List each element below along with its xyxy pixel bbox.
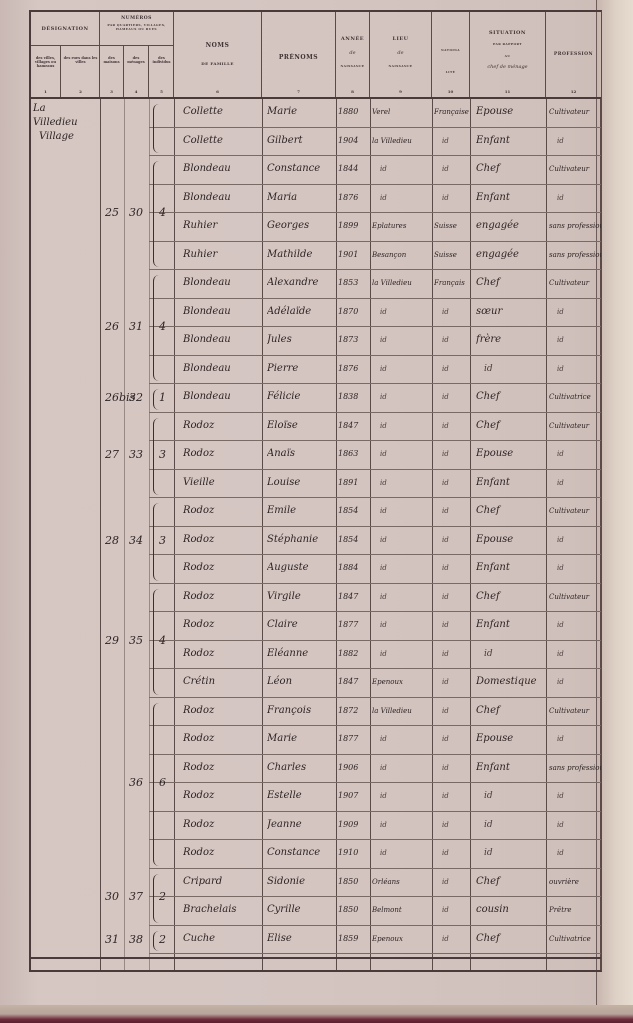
cell-prenom: Eloïse — [267, 416, 335, 436]
header-annee-de: de — [336, 50, 369, 56]
cell-situation: Chef — [476, 587, 546, 607]
cell-nom: Rodoz — [183, 815, 261, 835]
cell-profession: id — [549, 644, 609, 664]
cell-prenom: Charles — [267, 758, 335, 778]
group-menage-number: 37 — [129, 890, 143, 903]
cell-prenom: Mathilde — [267, 245, 335, 265]
row-rule — [149, 212, 601, 213]
cell-prenom: Jeanne — [267, 815, 335, 835]
table-row: CrétinLéon1847EpenouxidDomestiqueid — [31, 670, 601, 694]
header-rues-label: des rues dans les villes — [64, 56, 98, 64]
cell-prenom: Emile — [267, 501, 335, 521]
cell-lieu: Besançon — [372, 245, 432, 265]
cell-profession: id — [549, 473, 609, 493]
row-rule — [149, 412, 601, 413]
col-number: 5 — [149, 89, 174, 94]
row-rule — [149, 326, 601, 327]
cell-nationalite: id — [434, 815, 478, 835]
col-number: 6 — [174, 89, 261, 94]
cell-nom: Rodoz — [183, 530, 261, 550]
cell-profession: id — [549, 729, 609, 749]
header-menages-label: des ménages — [127, 56, 144, 64]
cell-prenom: Virgile — [267, 587, 335, 607]
cell-nationalite: Suisse — [434, 216, 470, 236]
group-menage-number: 38 — [129, 933, 143, 946]
group-menage-number: 36 — [129, 776, 143, 789]
table-row: RodozVirgile1847ididChefCultivateur — [31, 585, 601, 609]
cell-situation: Epouse — [476, 102, 546, 122]
cell-profession: sans profession — [549, 245, 601, 265]
cell-prenom: Claire — [267, 615, 335, 635]
cell-annee: 1838 — [338, 387, 370, 407]
group-individus-number: 4 — [159, 320, 166, 333]
col-number: 8 — [336, 89, 369, 94]
cell-nom: Brachelais — [183, 900, 261, 920]
cell-situation: Epouse — [476, 444, 546, 464]
table-row: RodozJeanne1909idididid — [31, 813, 601, 837]
cell-annee: 1854 — [338, 501, 370, 521]
header-menages: des ménages 4 — [124, 46, 149, 97]
cell-annee: 1884 — [338, 558, 370, 578]
table-row: RuhierMathilde1901BesançonSuisseengagées… — [31, 243, 601, 267]
cell-situation: Enfant — [476, 131, 546, 151]
cell-nom: Rodoz — [183, 843, 261, 863]
header-lieu-title: LIEU — [370, 36, 431, 42]
cell-annee: 1891 — [338, 473, 370, 493]
cell-situation: Enfant — [476, 473, 546, 493]
cell-nationalite: id — [434, 188, 478, 208]
group-menage-number: 33 — [129, 448, 143, 461]
cell-situation: sœur — [476, 302, 546, 322]
header-nationalite: NATIONA LITÉ 10 — [432, 12, 470, 97]
cell-prenom: Alexandre — [267, 273, 335, 293]
header-lieu-de: de — [370, 50, 431, 56]
cell-nom: Rodoz — [183, 558, 261, 578]
cell-annee: 1901 — [338, 245, 370, 265]
cell-prenom: Constance — [267, 159, 335, 179]
header-annee-title: ANNÉE — [336, 36, 369, 42]
cell-annee: 1847 — [338, 672, 370, 692]
cell-situation: cousin — [476, 900, 546, 920]
cell-annee: 1863 — [338, 444, 370, 464]
cell-profession: Cultivatrice — [549, 929, 601, 949]
header-situation-chef: chef de ménage — [470, 64, 545, 70]
cell-prenom: Léon — [267, 672, 335, 692]
cell-prenom: Gilbert — [267, 131, 335, 151]
cell-profession: Cultivateur — [549, 701, 601, 721]
row-rule — [149, 754, 601, 755]
group-individus-number: 6 — [159, 776, 166, 789]
cell-situation: id — [476, 843, 554, 863]
group-individus-number: 4 — [159, 634, 166, 647]
cell-prenom: Jules — [267, 330, 335, 350]
cell-lieu: la Villedieu — [372, 273, 432, 293]
cell-annee: 1873 — [338, 330, 370, 350]
cell-lieu: id — [372, 501, 440, 521]
row-rule — [149, 839, 601, 840]
header-annee-sub: NAISSANCE — [336, 64, 369, 68]
header-designation: DÉSIGNATION des villes, villages ou hame… — [31, 12, 100, 97]
row-rule — [149, 298, 601, 299]
row-rule — [149, 668, 601, 669]
col-number: 7 — [262, 89, 335, 94]
cell-nationalite: id — [434, 587, 478, 607]
cell-profession: sans profession — [549, 216, 601, 236]
cell-lieu: id — [372, 587, 440, 607]
group-menage-number: 35 — [129, 634, 143, 647]
group-individus-number: 3 — [159, 448, 166, 461]
header-lieu: LIEU de NAISSANCE 9 — [370, 12, 432, 97]
table-row: RodozEstelle1907idididid — [31, 784, 601, 808]
cell-nationalite: id — [434, 929, 478, 949]
cell-nom: Rodoz — [183, 444, 261, 464]
group-maison-number: 28 — [105, 534, 119, 547]
cell-nom: Blondeau — [183, 159, 261, 179]
cell-annee: 1907 — [338, 786, 370, 806]
cell-profession: id — [549, 672, 609, 692]
header-situation-title: SITUATION — [470, 30, 545, 36]
cell-prenom: Georges — [267, 216, 335, 236]
cell-lieu: id — [372, 558, 440, 578]
cell-nationalite: id — [434, 843, 478, 863]
cell-nom: Rodoz — [183, 416, 261, 436]
group-menage-number: 30 — [129, 206, 143, 219]
header-noms-title: NOMS — [174, 42, 261, 49]
cell-prenom: Marie — [267, 102, 335, 122]
cell-nom: Ruhier — [183, 216, 261, 236]
cell-nationalite: id — [434, 672, 478, 692]
table-row: BlondeauAlexandre1853la VilledieuFrançai… — [31, 271, 601, 295]
group-maison-number: 29 — [105, 634, 119, 647]
cell-nationalite: Suisse — [434, 245, 470, 265]
row-rule — [149, 697, 601, 698]
row-rule — [149, 953, 601, 954]
row-rule — [149, 383, 601, 384]
cell-lieu: id — [372, 416, 440, 436]
cell-lieu: Verel — [372, 102, 432, 122]
cell-prenom: Eléanne — [267, 644, 335, 664]
cell-lieu: id — [372, 444, 440, 464]
cell-nom: Rodoz — [183, 729, 261, 749]
cell-situation: Enfant — [476, 558, 546, 578]
cell-nationalite: id — [434, 644, 478, 664]
cell-nationalite: id — [434, 387, 478, 407]
cell-profession: id — [549, 444, 609, 464]
cell-nom: Collette — [183, 131, 261, 151]
cell-nationalite: id — [434, 758, 478, 778]
table-row: ColletteMarie1880VerelFrançaiseEpouseCul… — [31, 100, 601, 124]
cell-nationalite: id — [434, 701, 478, 721]
row-rule — [149, 269, 601, 270]
cell-prenom: Cyrille — [267, 900, 335, 920]
table-row: RodozEmile1854ididChefCultivateur — [31, 499, 601, 523]
col-number: 9 — [370, 89, 431, 94]
cell-profession: Cultivatrice — [549, 387, 601, 407]
row-rule — [149, 725, 601, 726]
cell-lieu: Epenoux — [372, 929, 432, 949]
header-prenoms: PRÉNOMS 7 — [262, 12, 336, 97]
cell-lieu: id — [372, 843, 440, 863]
cell-profession: id — [549, 188, 609, 208]
cell-lieu: la Villedieu — [372, 701, 432, 721]
cell-nom: Blondeau — [183, 330, 261, 350]
register-page: DÉSIGNATION des villes, villages ou hame… — [0, 0, 633, 1023]
cell-lieu: id — [372, 302, 440, 322]
cell-nom: Rodoz — [183, 587, 261, 607]
cell-profession: Cultivateur — [549, 501, 601, 521]
cell-lieu: id — [372, 786, 440, 806]
cell-prenom: Marie — [267, 729, 335, 749]
header-individus: des individus 5 — [149, 46, 174, 97]
cell-nom: Blondeau — [183, 188, 261, 208]
cell-annee: 1906 — [338, 758, 370, 778]
cell-annee: 1870 — [338, 302, 370, 322]
header-numeros-subtitle: PAR QUARTIERS, VILLAGES, HAMEAUX OU RUES — [100, 23, 173, 31]
row-rule — [149, 583, 601, 584]
cell-nationalite: id — [434, 530, 478, 550]
cell-annee: 1859 — [338, 929, 370, 949]
group-maison-number: 26 — [105, 320, 119, 333]
col-number: 3 — [100, 89, 123, 94]
cell-nationalite: id — [434, 302, 478, 322]
table-row: RodozFrançois1872la VilledieuidChefCulti… — [31, 699, 601, 723]
cell-annee: 1876 — [338, 359, 370, 379]
cell-situation: Epouse — [476, 729, 546, 749]
cell-annee: 1899 — [338, 216, 370, 236]
row-rule — [149, 640, 601, 641]
row-rule — [149, 554, 601, 555]
cell-situation: Chef — [476, 273, 546, 293]
row-rule — [149, 526, 601, 527]
cell-annee: 1847 — [338, 416, 370, 436]
col-number: 2 — [61, 89, 100, 94]
header-maisons-label: des maisons — [103, 56, 119, 64]
cell-nationalite: id — [434, 330, 478, 350]
cell-lieu: id — [372, 330, 440, 350]
group-individus-number: 1 — [159, 391, 166, 404]
header-prenoms-title: PRÉNOMS — [262, 54, 335, 61]
cell-profession: Cultivateur — [549, 416, 601, 436]
cell-nom: Cripard — [183, 872, 261, 892]
row-rule — [149, 127, 601, 128]
group-individus-number: 2 — [159, 890, 166, 903]
group-maison-number: 31 — [105, 933, 119, 946]
cell-prenom: Maria — [267, 188, 335, 208]
cell-nom: Rodoz — [183, 615, 261, 635]
cell-lieu: Orléans — [372, 872, 432, 892]
cell-nationalite: id — [434, 729, 478, 749]
cell-profession: Cultivateur — [549, 587, 601, 607]
cell-nom: Vieille — [183, 473, 261, 493]
col-number: 11 — [470, 89, 545, 94]
cell-prenom: Félicie — [267, 387, 335, 407]
table-header: DÉSIGNATION des villes, villages ou hame… — [31, 12, 601, 99]
cell-profession: Cultivateur — [549, 159, 601, 179]
header-designation-villages: des villes, villages ou hameaux 1 — [31, 46, 61, 97]
table-row: RodozConstance1910idididid — [31, 841, 601, 865]
table-row: RodozMarie1877ididEpouseid — [31, 727, 601, 751]
cell-situation: Chef — [476, 501, 546, 521]
header-noms-sub: DE FAMILLE — [174, 61, 261, 66]
cell-annee: 1880 — [338, 102, 370, 122]
cell-prenom: Constance — [267, 843, 335, 863]
header-profession: PROFESSION 12 — [546, 12, 601, 97]
cell-annee: 1850 — [338, 872, 370, 892]
cell-lieu: id — [372, 815, 440, 835]
row-rule — [149, 497, 601, 498]
cell-situation: Chef — [476, 416, 546, 436]
cell-annee: 1882 — [338, 644, 370, 664]
header-lieu-sub: NAISSANCE — [370, 64, 431, 68]
cell-nationalite: id — [434, 473, 478, 493]
cell-profession: id — [549, 615, 609, 635]
cell-annee: 1872 — [338, 701, 370, 721]
cell-situation: id — [476, 359, 554, 379]
cell-prenom: Elise — [267, 929, 335, 949]
cell-situation: Chef — [476, 159, 546, 179]
cell-prenom: Stéphanie — [267, 530, 335, 550]
cell-profession: id — [549, 815, 609, 835]
cell-lieu: Belmont — [372, 900, 432, 920]
cell-prenom: Sidonie — [267, 872, 335, 892]
cell-nom: Blondeau — [183, 273, 261, 293]
group-individus-number: 3 — [159, 534, 166, 547]
table-row: RodozCharles1906ididEnfantsans professio… — [31, 756, 601, 780]
cell-situation: frère — [476, 330, 546, 350]
cell-nationalite: id — [434, 615, 478, 635]
cell-situation: engagée — [476, 245, 546, 265]
cell-lieu: id — [372, 758, 440, 778]
cell-lieu: id — [372, 387, 440, 407]
cell-annee: 1877 — [338, 615, 370, 635]
header-situation: SITUATION PAR RAPPORT AU chef de ménage … — [470, 12, 546, 97]
table-row: BlondeauPierre1876idididid — [31, 357, 601, 381]
group-menage-number: 34 — [129, 534, 143, 547]
cell-nom: Rodoz — [183, 644, 261, 664]
cell-annee: 1904 — [338, 131, 370, 151]
cell-nom: Rodoz — [183, 786, 261, 806]
cell-nom: Blondeau — [183, 302, 261, 322]
cell-annee: 1876 — [338, 188, 370, 208]
cell-lieu: id — [372, 188, 440, 208]
cell-profession: Cultivateur — [549, 102, 601, 122]
row-rule — [149, 896, 601, 897]
cell-situation: Enfant — [476, 188, 546, 208]
cell-prenom: Auguste — [267, 558, 335, 578]
cell-annee: 1847 — [338, 587, 370, 607]
cell-situation: Domestique — [476, 672, 546, 692]
cell-lieu: id — [372, 473, 440, 493]
cell-nom: Rodoz — [183, 701, 261, 721]
row-rule — [149, 155, 601, 156]
col-number: 1 — [31, 89, 60, 94]
cell-nom: Cuche — [183, 929, 261, 949]
cell-profession: Cultivateur — [549, 273, 601, 293]
cell-nom: Blondeau — [183, 359, 261, 379]
header-situation-au: AU — [470, 54, 545, 58]
cell-nationalite: id — [434, 416, 478, 436]
cell-nom: Rodoz — [183, 758, 261, 778]
cell-nationalite: id — [434, 359, 478, 379]
row-rule — [149, 241, 601, 242]
header-designation-title: DÉSIGNATION — [31, 26, 99, 32]
col-number: 10 — [432, 89, 469, 94]
cell-annee: 1844 — [338, 159, 370, 179]
cell-lieu: la Villedieu — [372, 131, 432, 151]
cell-nom: Collette — [183, 102, 261, 122]
cell-prenom: Pierre — [267, 359, 335, 379]
cell-situation: id — [476, 786, 554, 806]
cell-nationalite: id — [434, 900, 478, 920]
header-numeros: NUMÉROS PAR QUARTIERS, VILLAGES, HAMEAUX… — [100, 12, 174, 97]
row-rule — [149, 469, 601, 470]
cell-nationalite: Française — [434, 102, 470, 122]
cell-profession: id — [549, 330, 609, 350]
cell-profession: ouvrière — [549, 872, 601, 892]
header-noms: NOMS DE FAMILLE 6 — [174, 12, 262, 97]
group-menage-number: 31 — [129, 320, 143, 333]
cell-annee: 1910 — [338, 843, 370, 863]
row-rule — [149, 440, 601, 441]
table-row: RodozEloïse1847ididChefCultivateur — [31, 414, 601, 438]
cell-nationalite: id — [434, 159, 478, 179]
table-row: BlondeauConstance1844ididChefCultivateur — [31, 157, 601, 181]
cell-prenom: Adélaïde — [267, 302, 335, 322]
cell-nom: Blondeau — [183, 387, 261, 407]
cell-annee: 1909 — [338, 815, 370, 835]
cell-prenom: Anaïs — [267, 444, 335, 464]
cell-annee: 1877 — [338, 729, 370, 749]
group-individus-number: 4 — [159, 206, 166, 219]
header-nationalite-title: NATIONA — [432, 48, 469, 52]
cell-situation: Chef — [476, 701, 546, 721]
cell-nationalite: id — [434, 444, 478, 464]
cell-nationalite: id — [434, 501, 478, 521]
group-individus-number: 2 — [159, 933, 166, 946]
table-row: RodozAuguste1884ididEnfantid — [31, 556, 601, 580]
row-rule — [149, 184, 601, 185]
cell-profession: id — [549, 302, 609, 322]
header-maisons: des maisons 3 — [100, 46, 124, 97]
cell-nom: Rodoz — [183, 501, 261, 521]
cell-situation: Chef — [476, 929, 546, 949]
cell-nom: Ruhier — [183, 245, 261, 265]
row-rule — [149, 868, 601, 869]
cell-lieu: Epenoux — [372, 672, 432, 692]
cell-nationalite: Français — [434, 273, 470, 293]
header-villages-label: des villes, villages ou hameaux — [35, 56, 56, 68]
cell-nationalite: id — [434, 872, 478, 892]
group-maison-number: 30 — [105, 890, 119, 903]
cell-profession: id — [549, 786, 609, 806]
cell-profession: sans profession — [549, 758, 601, 778]
header-numeros-title: NUMÉROS — [100, 16, 173, 21]
row-rule — [149, 611, 601, 612]
group-maison-number: 27 — [105, 448, 119, 461]
cell-annee: 1850 — [338, 900, 370, 920]
cell-lieu: id — [372, 644, 440, 664]
cell-situation: Epouse — [476, 530, 546, 550]
row-rule — [149, 782, 601, 783]
row-rule — [149, 925, 601, 926]
cell-lieu: id — [372, 359, 440, 379]
group-maison-number: 25 — [105, 206, 119, 219]
header-designation-rues: des rues dans les villes 2 — [61, 46, 100, 97]
cell-lieu: id — [372, 159, 440, 179]
col-number: 4 — [124, 89, 148, 94]
cell-situation: id — [476, 644, 554, 664]
cell-profession: id — [549, 131, 609, 151]
